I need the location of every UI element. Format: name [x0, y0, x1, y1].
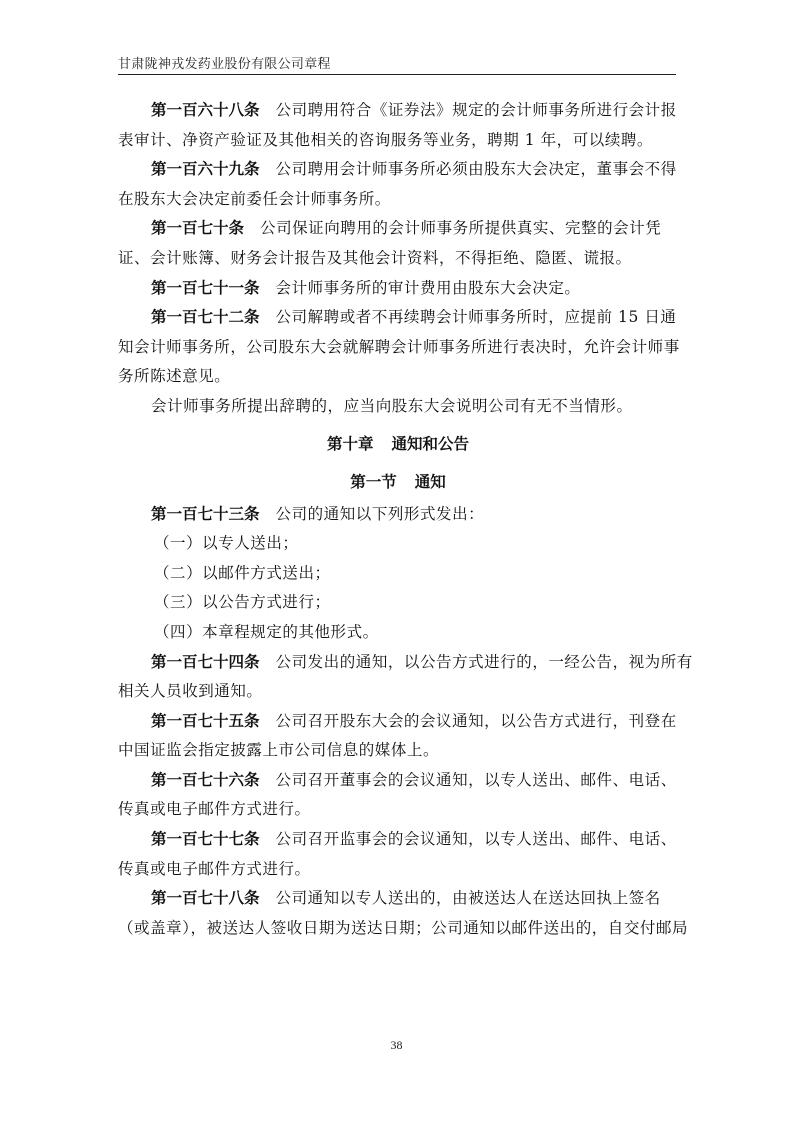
article-text: 公司聘用会计师事务所必须由股东大会决定，董事会不得 — [276, 160, 677, 178]
article-text: 公司发出的通知，以公告方式进行的，一经公告，视为所有 — [276, 653, 693, 671]
document-title: 甘肃陇神戎发药业股份有限公司章程 — [118, 53, 331, 72]
article-172: 第一百七十二条公司解聘或者不再续聘会计师事务所时，应提前 15 日通 知会计师事… — [118, 303, 678, 392]
article-number: 第一百六十八条 — [151, 101, 260, 119]
article-174: 第一百七十四条公司发出的通知，以公告方式进行的，一经公告，视为所有 相关人员收到… — [118, 648, 678, 707]
section-heading: 第一节通知 — [118, 465, 678, 500]
article-text: 知会计师事务所，公司股东大会就解聘会计师事务所进行表决时，允许会计师事 — [118, 333, 678, 363]
article-text: （或盖章），被送达人签收日期为送达日期；公司通知以邮件送出的，自交付邮局 — [118, 914, 678, 944]
article-text: 传真或电子邮件方式进行。 — [118, 795, 678, 825]
section-title: 通知 — [415, 473, 446, 491]
article-number: 第一百七十条 — [151, 219, 244, 237]
article-168: 第一百六十八条公司聘用符合《证券法》规定的会计师事务所进行会计报 表审计、净资产… — [118, 96, 678, 155]
list-item: （一）以专人送出； — [118, 529, 678, 559]
paragraph-resignation: 会计师事务所提出辞聘的，应当向股东大会说明公司有无不当情形。 — [118, 392, 678, 422]
article-text: 证、会计账簿、财务会计报告及其他会计资料，不得拒绝、隐匿、谎报。 — [118, 244, 678, 274]
article-number: 第一百七十八条 — [151, 889, 260, 907]
article-text: 相关人员收到通知。 — [118, 677, 678, 707]
article-number: 第一百七十一条 — [151, 279, 260, 297]
article-text: 公司解聘或者不再续聘会计师事务所时，应提前 15 日通 — [276, 308, 677, 326]
article-number: 第一百六十九条 — [151, 160, 260, 178]
article-text: 会计师事务所的审计费用由股东大会决定。 — [276, 279, 581, 297]
article-177: 第一百七十七条公司召开监事会的会议通知，以专人送出、邮件、电话、 传真或电子邮件… — [118, 825, 678, 884]
article-text: 公司召开监事会的会议通知，以专人送出、邮件、电话、 — [276, 830, 677, 848]
section-number: 第一节 — [350, 473, 397, 491]
article-178: 第一百七十八条公司通知以专人送出的，由被送达人在送达回执上签名 （或盖章），被送… — [118, 884, 678, 943]
article-169: 第一百六十九条公司聘用会计师事务所必须由股东大会决定，董事会不得 在股东大会决定… — [118, 155, 678, 214]
article-text: 务所陈述意见。 — [118, 362, 678, 392]
article-text: 公司召开董事会的会议通知，以专人送出、邮件、电话、 — [276, 771, 677, 789]
article-text: 在股东大会决定前委任会计师事务所。 — [118, 185, 678, 215]
article-text: 传真或电子邮件方式进行。 — [118, 855, 678, 885]
article-number: 第一百七十四条 — [151, 653, 260, 671]
article-173: 第一百七十三条公司的通知以下列形式发出： （一）以专人送出； （二）以邮件方式送… — [118, 500, 678, 648]
article-text: 公司召开股东大会的会议通知，以公告方式进行，刊登在 — [276, 712, 677, 730]
article-171: 第一百七十一条会计师事务所的审计费用由股东大会决定。 — [118, 274, 678, 304]
article-number: 第一百七十六条 — [151, 771, 260, 789]
article-175: 第一百七十五条公司召开股东大会的会议通知，以公告方式进行，刊登在 中国证监会指定… — [118, 707, 678, 766]
article-text: 公司保证向聘用的会计师事务所提供真实、完整的会计凭 — [260, 219, 661, 237]
list-item: （三）以公告方式进行； — [118, 588, 678, 618]
article-text: 中国证监会指定披露上市公司信息的媒体上。 — [118, 736, 678, 766]
article-number: 第一百七十三条 — [151, 505, 260, 523]
chapter-heading: 第十章通知和公告 — [118, 426, 678, 465]
article-text: 公司聘用符合《证券法》规定的会计师事务所进行会计报 — [276, 101, 677, 119]
page-header: 甘肃陇神戎发药业股份有限公司章程 — [118, 52, 676, 75]
chapter-title: 通知和公告 — [392, 435, 470, 453]
article-176: 第一百七十六条公司召开董事会的会议通知，以专人送出、邮件、电话、 传真或电子邮件… — [118, 766, 678, 825]
article-text: 表审计、净资产验证及其他相关的咨询服务等业务，聘期 1 年，可以续聘。 — [118, 126, 678, 156]
article-text: 公司的通知以下列形式发出： — [276, 505, 485, 523]
article-170: 第一百七十条公司保证向聘用的会计师事务所提供真实、完整的会计凭 证、会计账簿、财… — [118, 214, 678, 273]
page-number: 38 — [0, 1038, 793, 1053]
list-item: （四）本章程规定的其他形式。 — [118, 618, 678, 648]
article-number: 第一百七十五条 — [151, 712, 260, 730]
article-number: 第一百七十七条 — [151, 830, 260, 848]
list-item: （二）以邮件方式送出； — [118, 559, 678, 589]
document-body: 第一百六十八条公司聘用符合《证券法》规定的会计师事务所进行会计报 表审计、净资产… — [118, 96, 678, 943]
chapter-number: 第十章 — [327, 435, 374, 453]
article-number: 第一百七十二条 — [151, 308, 260, 326]
article-text: 公司通知以专人送出的，由被送达人在送达回执上签名 — [276, 889, 661, 907]
